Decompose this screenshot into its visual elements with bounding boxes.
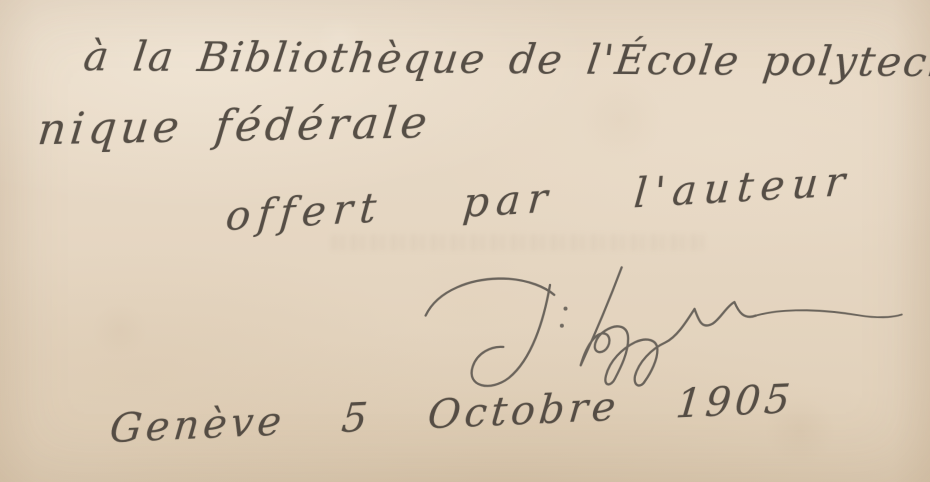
dedication-line-2: nique fédérale (35, 97, 433, 155)
dedication-line-1: à la Bibliothèque de l'École polytech (81, 32, 930, 86)
show-through-band (332, 234, 704, 251)
signature-stroke (470, 285, 552, 386)
author-signature (403, 255, 911, 401)
signature-dot (563, 307, 567, 311)
dedication-line-3: offert par l'auteur (224, 157, 854, 240)
signature-scribble (403, 255, 911, 401)
signature-dot (560, 324, 564, 328)
signature-stroke (579, 265, 757, 387)
signature-stroke (425, 277, 555, 315)
manuscript-page: à la Bibliothèque de l'École polytech ni… (0, 0, 930, 482)
signature-stroke (756, 308, 902, 320)
